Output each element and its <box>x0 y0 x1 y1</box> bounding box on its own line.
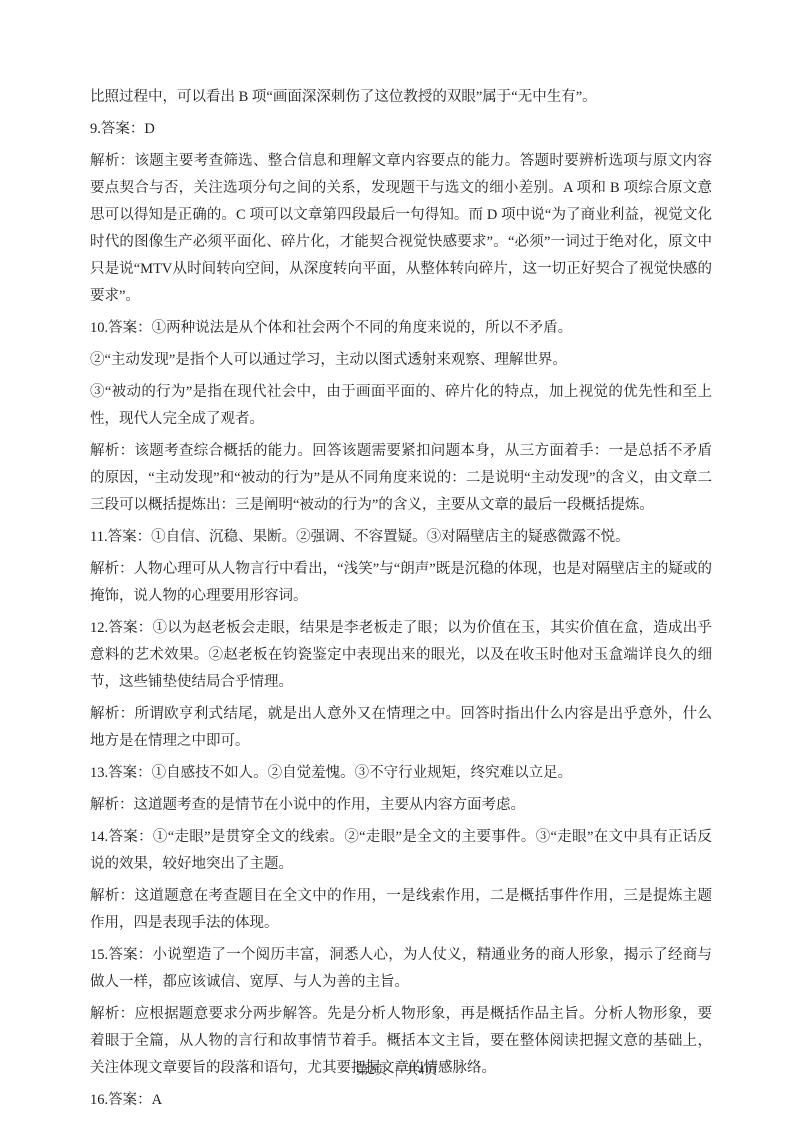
answer-15: 15.答案：小说塑造了一个阅历丰富，洞悉人心，为人仗义，精通业务的商人形象，揭示… <box>90 942 712 996</box>
answer-14: 14.答案：①“走眼”是贯穿全文的线索。②“走眼”是全文的主要事件。③“走眼”在… <box>90 824 712 878</box>
answer-10-point-3: ③“被动的行为”是指在现代社会中，由于画面平面的、碎片化的特点，加上视觉的优先性… <box>90 379 712 433</box>
footer-total-pages: 共4页 <box>402 1063 441 1077</box>
analysis-13: 解析：这道题考查的是情节在小说中的作用，主要从内容方面考虑。 <box>90 792 712 819</box>
answer-10-point-2: ②“主动发现”是指个人可以通过学习，主动以图式透射来观察、理解世界。 <box>90 347 712 374</box>
footer-separator: | <box>391 1063 402 1077</box>
analysis-14: 解析：这道题意在考查题目在全文中的作用，一是线索作用，二是概括事件作用，三是提炼… <box>90 883 712 937</box>
answer-key-content: 比照过程中，可以看出 B 项“画面深深刺伤了这位教授的双眼”属于“无中生有”。 … <box>90 84 712 1119</box>
answer-12: 12.答案：①以为赵老板会走眼，结果是李老板走了眼；以为价值在玉，其实价值在盒，… <box>90 615 712 696</box>
answer-13: 13.答案：①自感技不如人。②自觉羞愧。③不守行业规矩，终究难以立足。 <box>90 760 712 787</box>
footer-page-number: 第2页 <box>352 1063 391 1077</box>
paragraph-8-analysis-continuation: 比照过程中，可以看出 B 项“画面深深刺伤了这位教授的双眼”属于“无中生有”。 <box>90 84 712 111</box>
analysis-10: 解析：该题考查综合概括的能力。回答该题需要紧扣问题本身，从三方面着手：一是总括不… <box>90 438 712 519</box>
analysis-9: 解析：该题主要考查筛选、整合信息和理解文章内容要点的能力。答题时要辨析选项与原文… <box>90 148 712 310</box>
answer-10-point-1: 10.答案：①两种说法是从个体和社会两个不同的角度来说的，所以不矛盾。 <box>90 315 712 342</box>
analysis-11: 解析：人物心理可从人物言行中看出，“浅笑”与“朗声”既是沉稳的体现，也是对隔壁店… <box>90 556 712 610</box>
document-page: 比照过程中，可以看出 B 项“画面深深刺伤了这位教授的双眼”属于“无中生有”。 … <box>0 0 793 1122</box>
page-footer: 第2页|共4页 <box>0 1060 793 1078</box>
answer-16: 16.答案：A <box>90 1087 712 1114</box>
analysis-12: 解析：所谓欧亨利式结尾，就是出人意外又在情理之中。回答时指出什么内容是出乎意外，… <box>90 701 712 755</box>
answer-11: 11.答案：①自信、沉稳、果断。②强调、不容置疑。③对隔壁店主的疑惑微露不悦。 <box>90 524 712 551</box>
answer-9: 9.答案：D <box>90 116 712 143</box>
